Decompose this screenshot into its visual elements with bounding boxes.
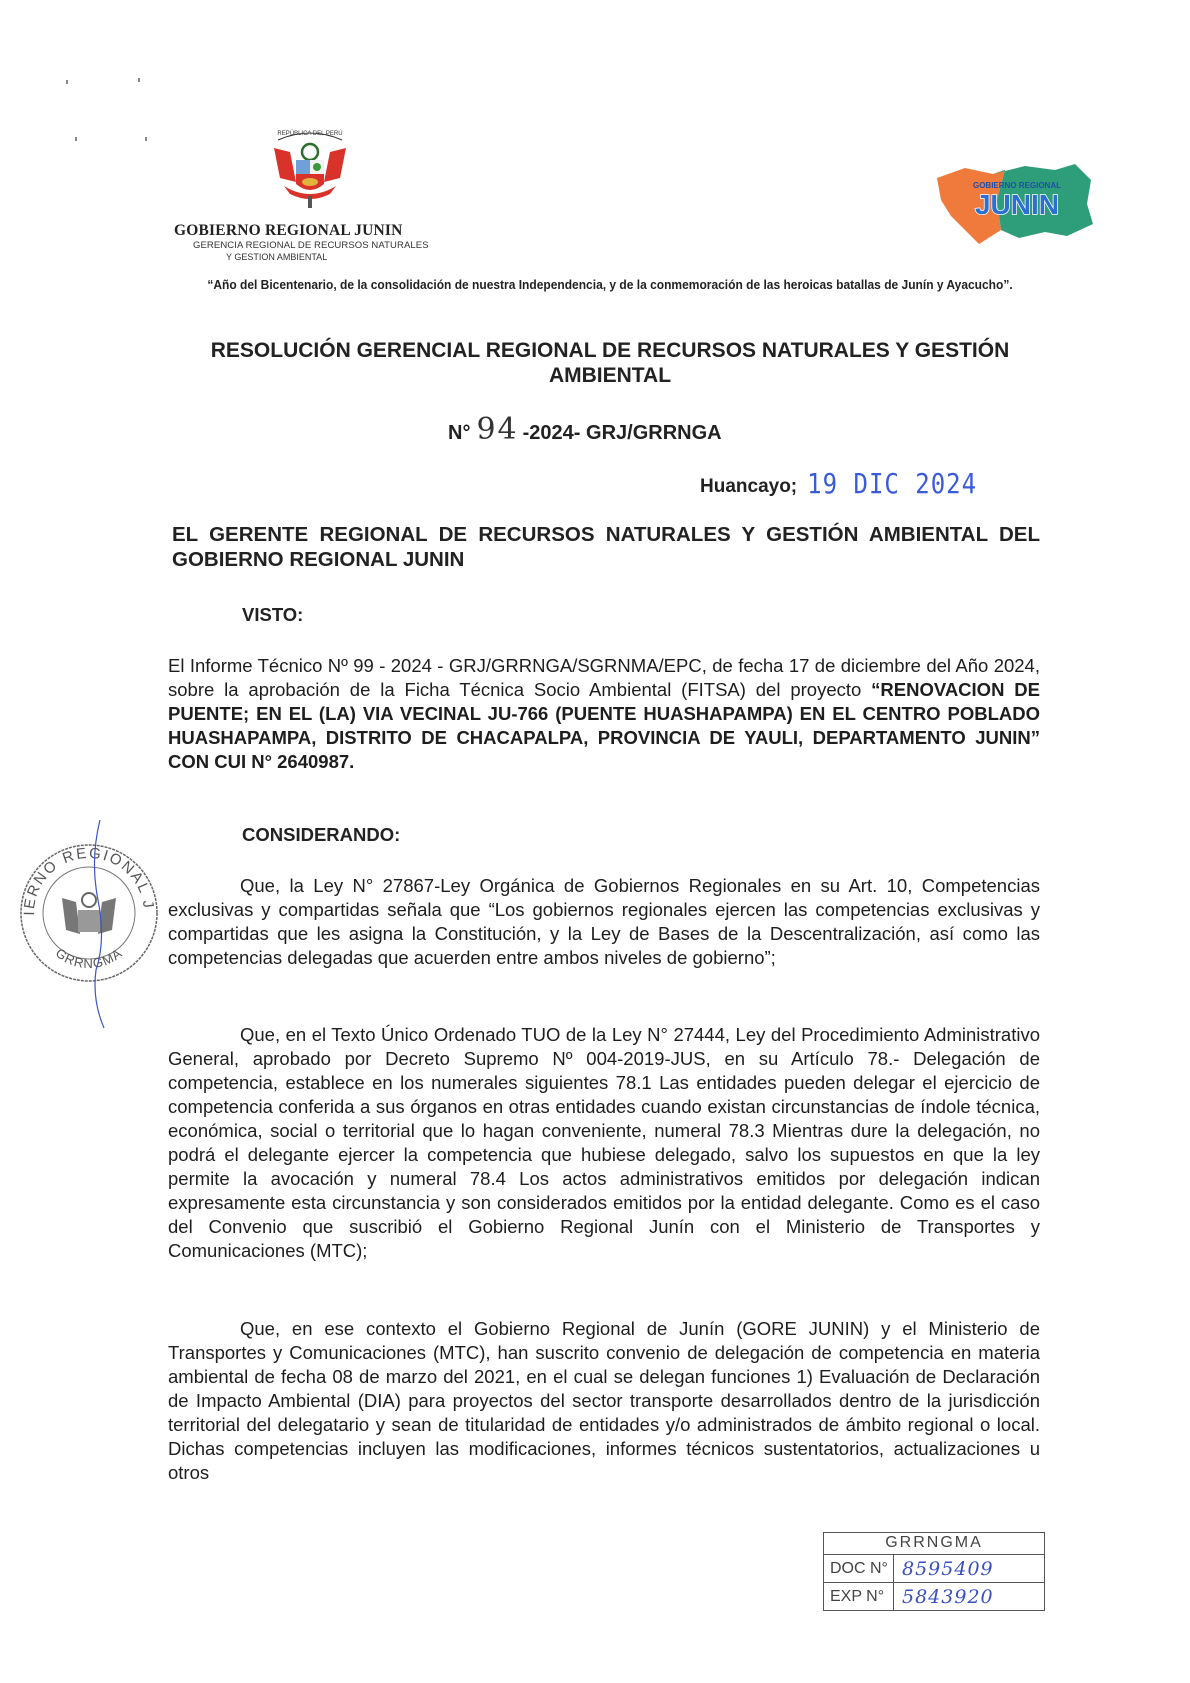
scan-speck xyxy=(75,137,77,141)
place: Huancayo; xyxy=(700,476,797,498)
org-sub-line2: Y GESTION AMBIENTAL xyxy=(226,252,327,262)
doc-value: 8595409 xyxy=(894,1558,994,1580)
date-stamp: 19 DIC 2024 xyxy=(807,468,977,500)
org-name: GOBIERNO REGIONAL JUNIN xyxy=(174,222,403,240)
doc-label: DOC N° xyxy=(824,1555,894,1582)
registry-stamp-title: GRRNGMA xyxy=(824,1533,1044,1555)
number-suffix: -2024- GRJ/GRRNGA xyxy=(523,422,722,445)
considerando-heading: CONSIDERANDO: xyxy=(242,824,400,846)
peru-coat-of-arms-icon: REPÚBLICA DEL PERÚ xyxy=(268,122,352,214)
registry-doc-row: DOC N° 8595409 xyxy=(824,1555,1044,1583)
scan-speck xyxy=(138,78,140,82)
number-prefix: N° xyxy=(448,422,470,445)
signature-pen-stroke xyxy=(80,820,140,1030)
resolution-title: RESOLUCIÓN GERENCIAL REGIONAL DE RECURSO… xyxy=(180,338,1040,388)
visto-heading: VISTO: xyxy=(242,604,303,626)
year-motto: “Año del Bicentenario, de la consolidaci… xyxy=(188,278,1033,293)
issuing-authority: EL GERENTE REGIONAL DE RECURSOS NATURALE… xyxy=(172,522,1040,572)
registry-exp-row: EXP N° 5843920 xyxy=(824,1583,1044,1610)
org-sub-line1: GERENCIA REGIONAL DE RECURSOS NATURALES xyxy=(193,241,429,251)
exp-label: EXP N° xyxy=(824,1583,894,1610)
visto-paragraph: El Informe Técnico Nº 99 - 2024 - GRJ/GR… xyxy=(168,654,1040,774)
scan-speck xyxy=(145,137,147,141)
scan-speck xyxy=(66,80,68,84)
resolution-number: N° 94 -2024- GRJ/GRRNGA xyxy=(448,412,722,447)
gobierno-regional-junin-logo: GOBIERNO REGIONAL JUNIN xyxy=(935,160,1095,246)
exp-value: 5843920 xyxy=(894,1586,994,1608)
considerando-paragraph: Que, la Ley N° 27867-Ley Orgánica de Gob… xyxy=(168,874,1040,970)
svg-text:JUNIN: JUNIN xyxy=(975,189,1059,220)
considerando-paragraph: Que, en el Texto Único Ordenado TUO de l… xyxy=(168,1023,1040,1263)
number-handwritten: 94 xyxy=(476,412,518,447)
place-date: Huancayo; 19 DIC 2024 xyxy=(700,470,977,498)
svg-text:REPÚBLICA DEL PERÚ: REPÚBLICA DEL PERÚ xyxy=(277,130,342,137)
registry-stamp: GRRNGMA DOC N° 8595409 EXP N° 5843920 xyxy=(823,1532,1045,1611)
considerando-paragraph: Que, en ese contexto el Gobierno Regiona… xyxy=(168,1317,1040,1485)
